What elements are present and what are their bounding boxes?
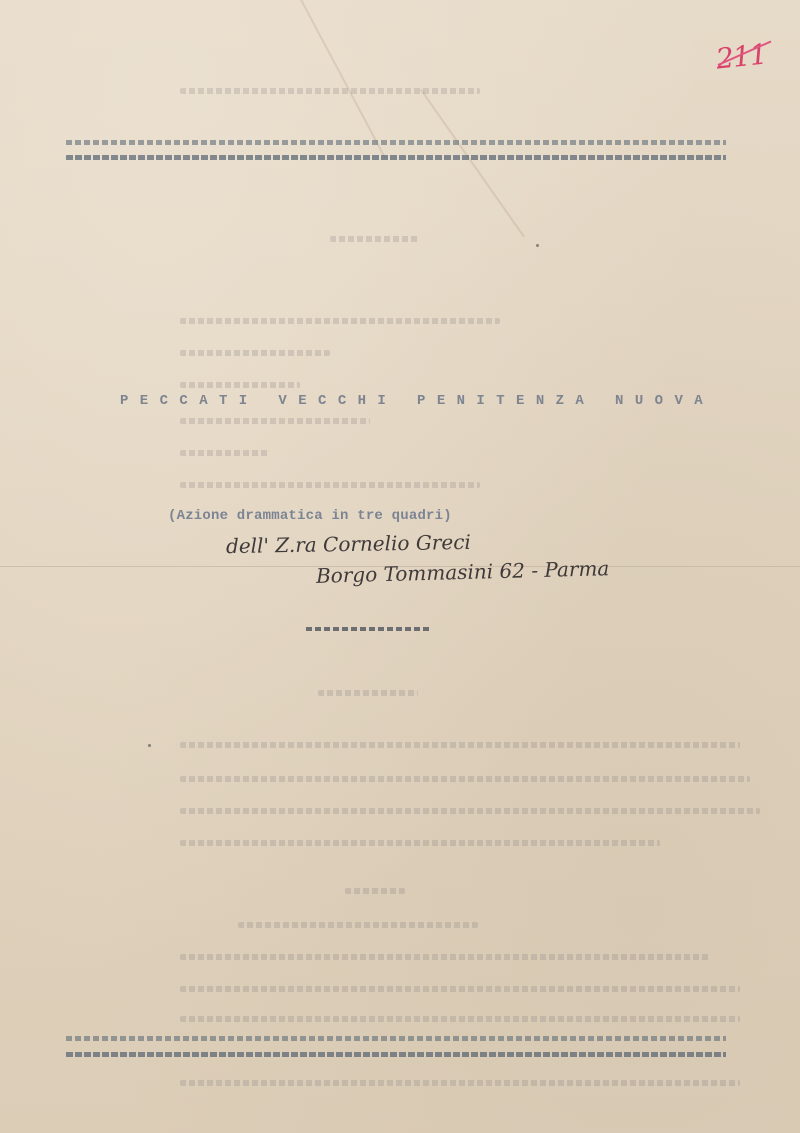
handwritten-author: dell' Z.ra Cornelio Greci	[226, 530, 471, 558]
bleed-through-line	[318, 690, 418, 696]
bleed-through-line	[180, 742, 740, 748]
bleed-through-line	[180, 808, 760, 814]
bleed-through-line	[180, 382, 300, 388]
document-page: 211 PECCATI VECCHI PENITENZA NUOVA (Azio…	[0, 0, 800, 1133]
ink-speck	[148, 744, 151, 747]
bleed-through-line	[180, 1016, 740, 1022]
bleed-through-line	[180, 482, 480, 488]
bleed-through-line	[180, 954, 710, 960]
bleed-through-line	[238, 922, 478, 928]
paper-crease	[300, 0, 386, 159]
handwritten-address: Borgo Tommasini 62 - Parma	[316, 556, 610, 588]
bleed-through-line	[180, 1080, 740, 1086]
page-number: 211	[714, 37, 768, 75]
bottom-border-line	[66, 1052, 726, 1057]
bleed-through-line	[330, 236, 420, 242]
bleed-through-line	[180, 418, 370, 424]
top-border-line	[66, 155, 726, 160]
play-title: PECCATI VECCHI PENITENZA NUOVA	[120, 393, 714, 409]
bleed-through-line	[345, 888, 405, 894]
bleed-through-line	[180, 318, 500, 324]
bottom-border-line	[66, 1036, 726, 1041]
bleed-through-line	[180, 840, 660, 846]
bleed-through-line	[180, 450, 270, 456]
bleed-through-line	[180, 986, 740, 992]
typed-separator	[306, 627, 432, 631]
bleed-through-line	[180, 350, 330, 356]
paper-crease	[420, 89, 525, 238]
bleed-through-line	[180, 88, 480, 94]
ink-speck	[536, 244, 539, 247]
play-subtitle: (Azione drammatica in tre quadri)	[168, 508, 452, 524]
bleed-through-line	[180, 776, 750, 782]
top-border-line	[66, 140, 726, 145]
